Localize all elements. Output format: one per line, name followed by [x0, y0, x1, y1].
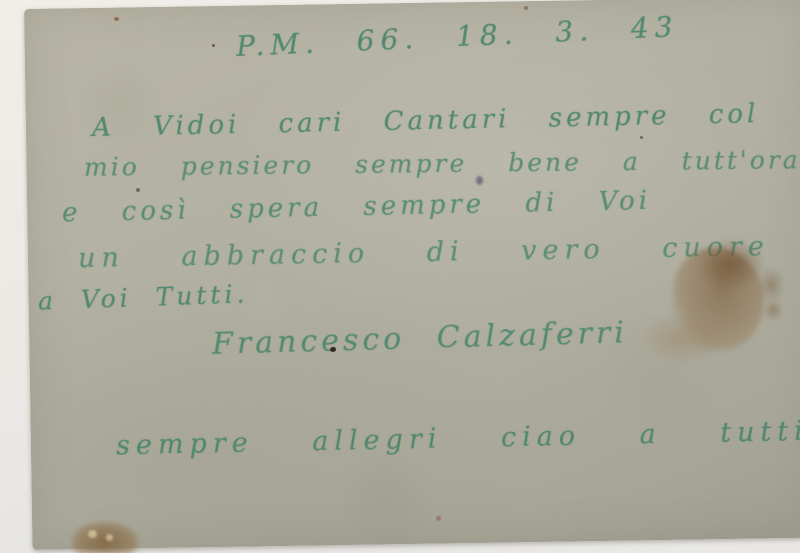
stain-highlight-dot — [88, 530, 97, 538]
bottom-left-stain — [72, 522, 138, 553]
paper-speck — [212, 44, 215, 47]
paper-speck — [114, 17, 119, 21]
photo-backdrop: P.M. 66. 18. 3. 43 A Vidoi cari Cantari … — [0, 0, 800, 553]
paper-speck — [330, 347, 336, 352]
stain-highlight-dot — [106, 534, 113, 541]
paper-speck — [436, 516, 441, 521]
stain-tail — [644, 316, 718, 362]
ink-smudge — [476, 176, 483, 185]
stain-dark-center — [698, 240, 764, 288]
stain-spatter — [758, 268, 784, 302]
stain-spatter — [764, 300, 782, 320]
paper-speck — [640, 136, 643, 139]
paper-speck — [524, 6, 528, 10]
paper-speck — [136, 188, 140, 192]
